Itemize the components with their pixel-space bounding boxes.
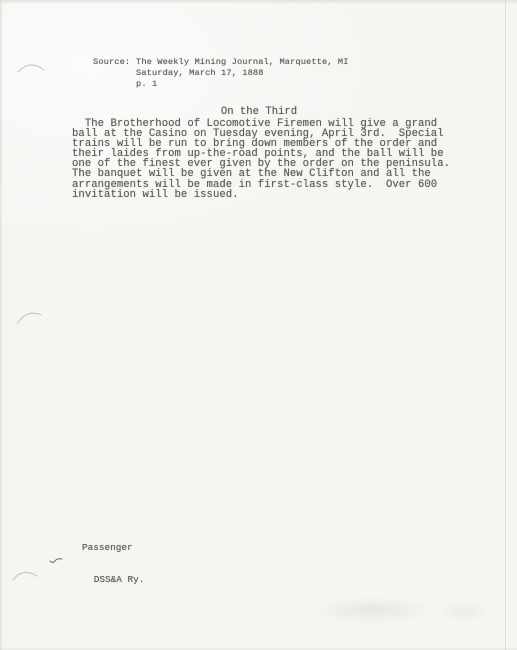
pencil-arc-mark-middle (13, 307, 45, 326)
scan-smudge-small (430, 598, 500, 624)
article-body: The Brotherhood of Locomotive Firemen wi… (72, 119, 450, 200)
pencil-arc-mark-top (16, 60, 46, 74)
scanned-document-page: Source: The Weekly Mining Journal, Marqu… (0, 0, 517, 650)
annotation-passenger-label: Passenger (82, 543, 144, 554)
source-line-date: Saturday, March 17, 1888 (136, 68, 349, 79)
annotation-railway-label: DSS&A Ry. (60, 554, 144, 596)
pencil-arc-mark-bottom (11, 567, 40, 582)
annotation-railway-text: DSS&A Ry. (94, 574, 145, 585)
body-line: invitation will be issued. (72, 190, 450, 200)
source-label: Source: (93, 57, 130, 68)
source-line-page: p. 1 (136, 79, 349, 90)
bottom-annotation: Passenger DSS&A Ry. (60, 543, 144, 596)
handwritten-check-icon (49, 556, 65, 565)
article-title: On the Third (72, 106, 446, 118)
page-edge-line (505, 0, 506, 650)
source-line-journal: The Weekly Mining Journal, Marquette, MI (136, 57, 349, 68)
